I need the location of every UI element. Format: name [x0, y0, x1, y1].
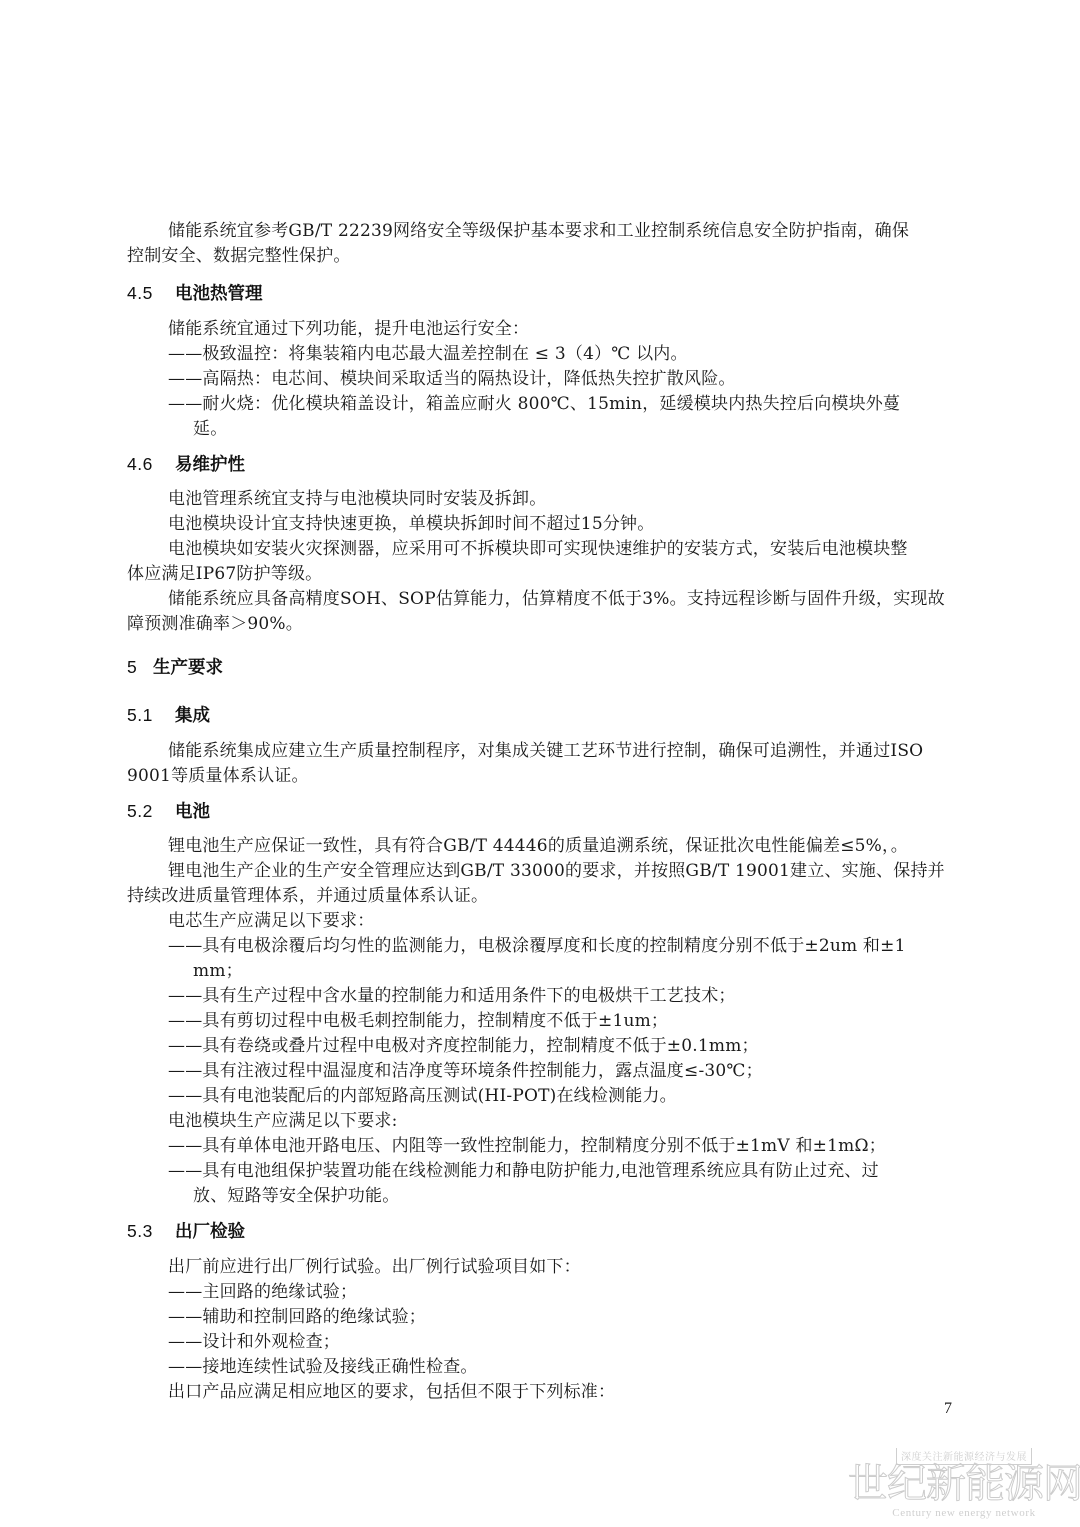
section-title: 出厂检验: [175, 1221, 245, 1243]
text-line: mm；: [193, 960, 243, 982]
section-heading: 4.6易维护性: [127, 453, 245, 476]
section-heading: 5生产要求: [127, 656, 223, 679]
text-line: 电池管理系统宜支持与电池模块同时安装及拆卸。: [168, 488, 546, 510]
text-line: 电芯生产应满足以下要求：: [168, 910, 374, 932]
section-title: 电池: [175, 801, 210, 823]
text-line: 障预测准确率＞90%。: [127, 613, 303, 635]
text-line: 储能系统宜通过下列功能，提升电池运行安全：: [168, 318, 529, 340]
text-line: 9001等质量体系认证。: [127, 765, 309, 787]
text-line: ——设计和外观检查；: [168, 1331, 340, 1353]
section-heading: 5.1集成: [127, 704, 210, 727]
text-line: 出口产品应满足相应地区的要求，包括但不限于下列标准：: [168, 1381, 615, 1403]
page-number: 7: [944, 1400, 952, 1418]
text-line: ——极致温控：将集装箱内电芯最大温差控制在 ≤ 3（4）℃ 以内。: [168, 343, 688, 365]
section-heading: 4.5电池热管理: [127, 282, 263, 305]
section-number: 5.1: [127, 704, 175, 726]
text-line: ——高隔热：电芯间、模块间采取适当的隔热设计，降低热失控扩散风险。: [168, 368, 736, 390]
text-line: ——具有注液过程中温湿度和洁净度等环境条件控制能力，露点温度≤-30℃；: [168, 1060, 763, 1082]
document-page: 储能系统宜参考GB/T 22239网络安全等级保护基本要求和工业控制系统信息安全…: [0, 0, 1080, 1527]
text-line: ——具有电池装配后的内部短路高压测试(HI-POT)在线检测能力。: [168, 1085, 677, 1107]
section-heading: 5.3出厂检验: [127, 1220, 245, 1243]
watermark-subtitle: Century new energy network: [848, 1507, 1080, 1519]
section-heading: 5.2电池: [127, 800, 210, 823]
section-title: 生产要求: [153, 657, 223, 679]
text-line: 储能系统宜参考GB/T 22239网络安全等级保护基本要求和工业控制系统信息安全…: [168, 220, 909, 242]
text-line: 控制安全、数据完整性保护。: [127, 245, 351, 267]
text-line: ——具有生产过程中含水量的控制能力和适用条件下的电极烘干工艺技术；: [168, 985, 736, 1007]
section-number: 4.5: [127, 282, 175, 304]
section-title: 易维护性: [175, 454, 245, 476]
text-line: 持续改进质量管理体系，并通过质量体系认证。: [127, 885, 488, 907]
text-line: 电池模块生产应满足以下要求:: [168, 1110, 398, 1132]
section-number: 5.3: [127, 1220, 175, 1242]
section-number: 5: [127, 656, 153, 678]
text-line: ——主回路的绝缘试验；: [168, 1281, 357, 1303]
watermark-logo: 深度关注新能源经济与发展 世纪新能源网 Century new energy n…: [848, 1448, 1080, 1527]
text-line: 锂电池生产应保证一致性，具有符合GB/T 44446的质量追溯系统，保证批次电性…: [168, 835, 908, 857]
text-line: 锂电池生产企业的生产安全管理应达到GB/T 33000的要求，并按照GB/T 1…: [168, 860, 945, 882]
section-number: 5.2: [127, 800, 175, 822]
section-number: 4.6: [127, 453, 175, 475]
text-line: 放、短路等安全保护功能。: [193, 1185, 399, 1207]
text-line: 电池模块设计宜支持快速更换，单模块拆卸时间不超过15分钟。: [168, 513, 654, 535]
text-line: 出厂前应进行出厂例行试验。出厂例行试验项目如下：: [168, 1256, 581, 1278]
text-line: 体应满足IP67防护等级。: [127, 563, 322, 585]
text-line: ——辅助和控制回路的绝缘试验；: [168, 1306, 426, 1328]
text-line: ——具有电池组保护装置功能在线检测能力和静电防护能力,电池管理系统应具有防止过充…: [168, 1160, 879, 1182]
text-line: ——具有剪切过程中电极毛刺控制能力，控制精度不低于±1um；: [168, 1010, 668, 1032]
text-line: ——具有电极涂覆后均匀性的监测能力，电极涂覆厚度和长度的控制精度分别不低于±2u…: [168, 935, 906, 957]
text-line: ——具有卷绕或叠片过程中电极对齐度控制能力，控制精度不低于±0.1mm；: [168, 1035, 759, 1057]
text-line: ——接地连续性试验及接线正确性检查。: [168, 1356, 478, 1378]
text-line: 延。: [193, 418, 227, 440]
section-title: 集成: [175, 705, 210, 727]
text-line: 储能系统集成应建立生产质量控制程序，对集成关键工艺环节进行控制，确保可追溯性，并…: [168, 740, 923, 762]
section-title: 电池热管理: [175, 283, 263, 305]
text-line: 电池模块如安装火灾探测器，应采用可不拆模块即可实现快速维护的安装方式，安装后电池…: [168, 538, 908, 560]
text-line: ——耐火烧：优化模块箱盖设计，箱盖应耐火 800℃、15min，延缓模块内热失控…: [168, 393, 900, 415]
text-line: ——具有单体电池开路电压、内阻等一致性控制能力，控制精度分别不低于±1mV 和±…: [168, 1135, 886, 1157]
text-line: 储能系统应具备高精度SOH、SOP估算能力，估算精度不低于3%。支持远程诊断与固…: [168, 588, 945, 610]
watermark-title: 世纪新能源网: [848, 1462, 1080, 1506]
